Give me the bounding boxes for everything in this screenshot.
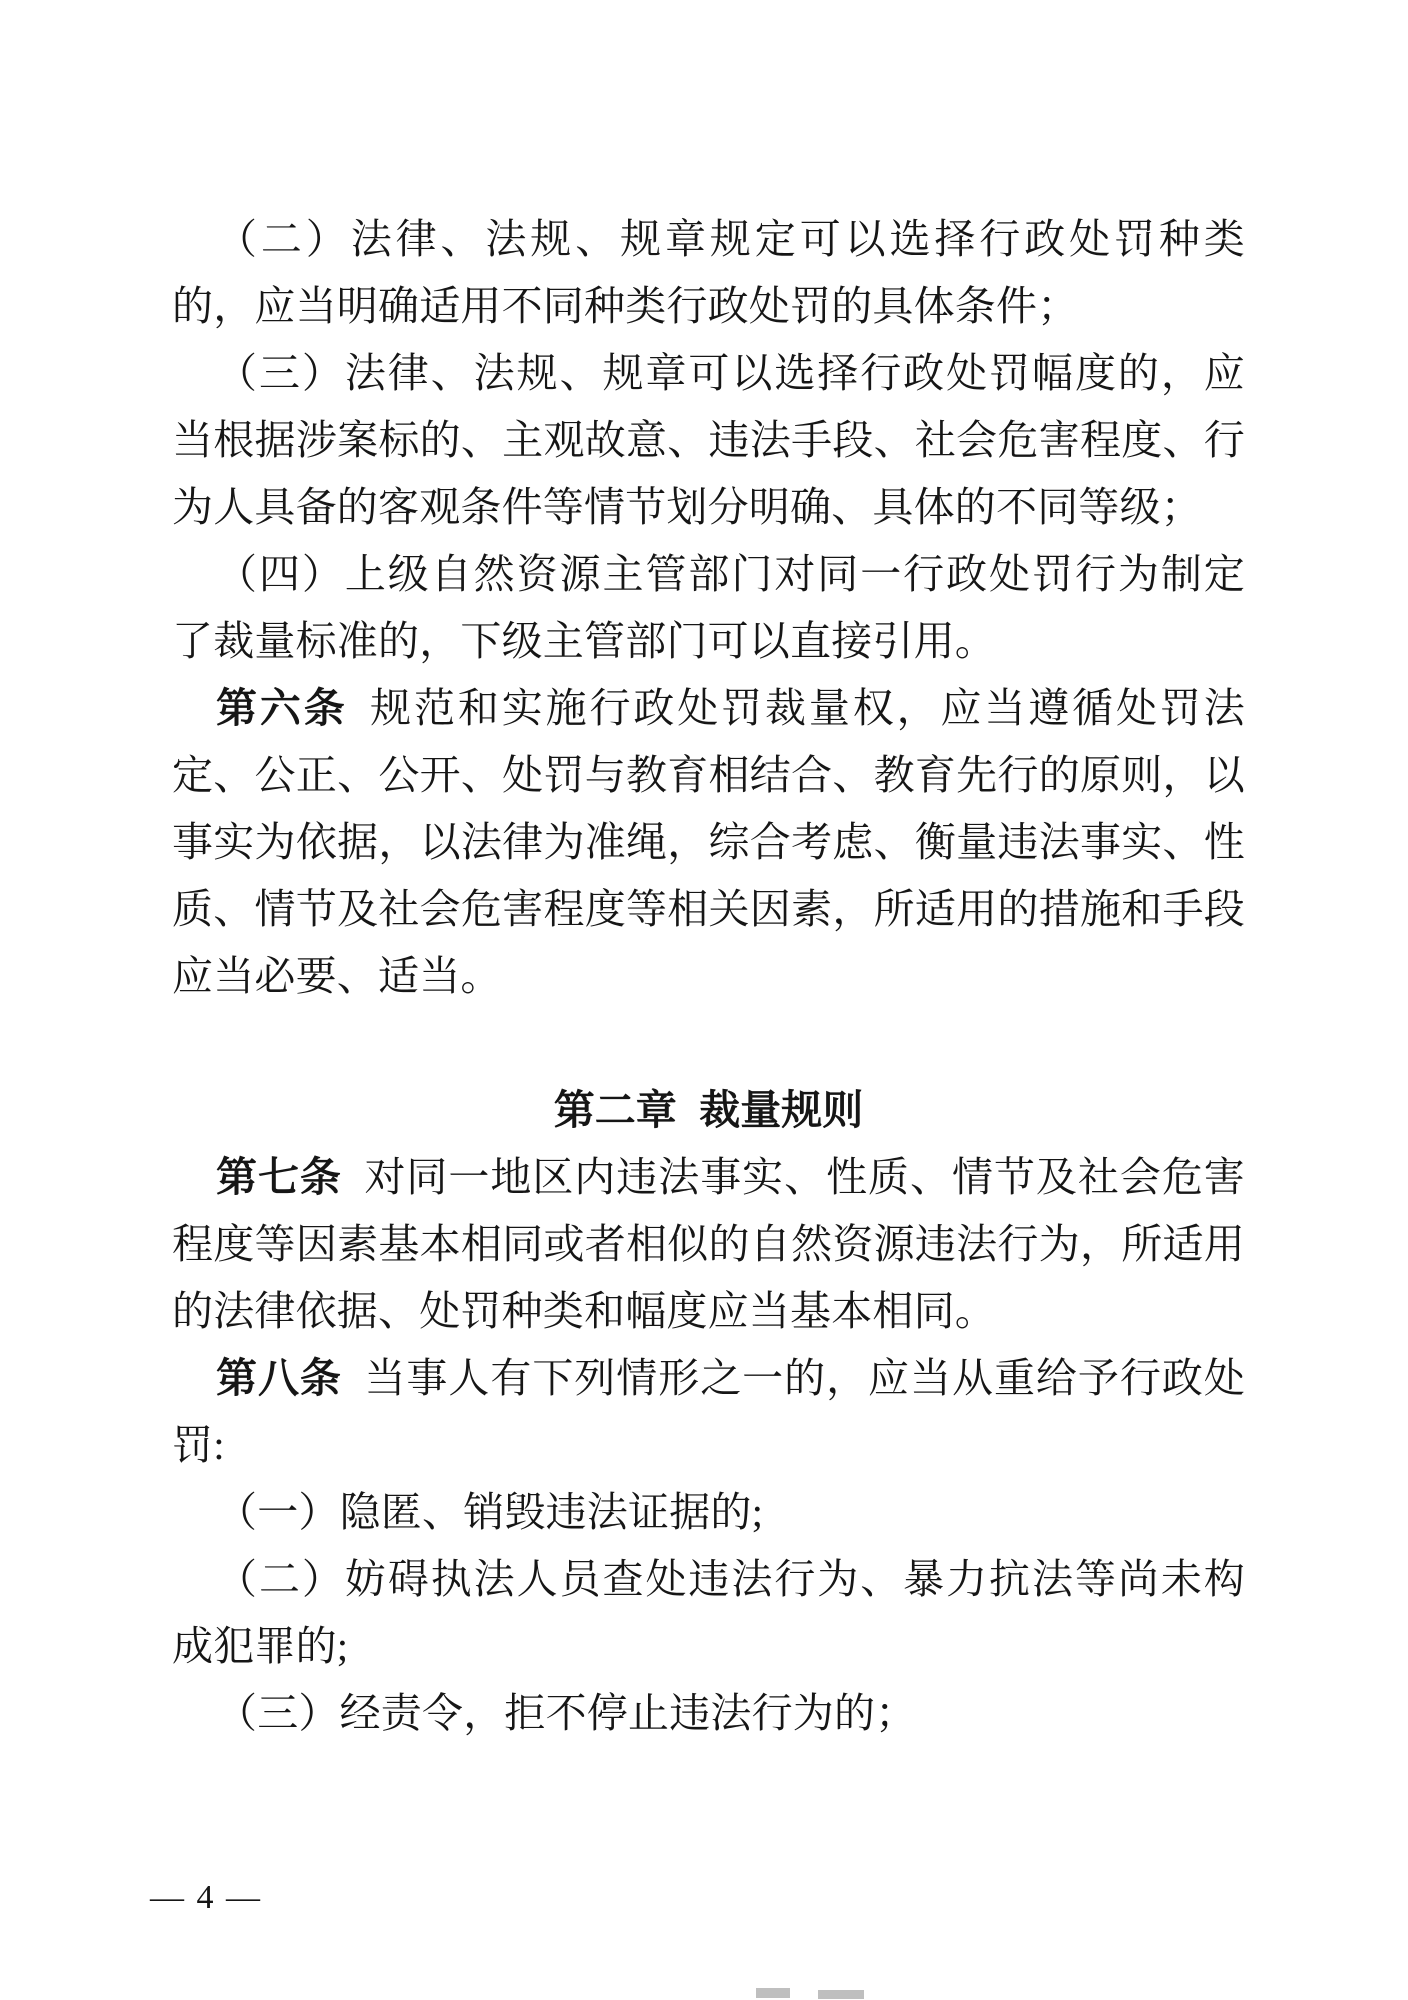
page-number: — 4 — xyxy=(150,1878,262,1918)
article-8-item-2: （二）妨碍执法人员查处违法行为、暴力抗法等尚未构成犯罪的; xyxy=(172,1546,1245,1680)
clause-item-4: （四）上级自然资源主管部门对同一行政处罚行为制定了裁量标准的，下级主管部门可以直… xyxy=(172,541,1245,675)
article-8-item-1: （一）隐匿、销毁违法证据的; xyxy=(172,1479,1245,1546)
chapter-2-title: 裁量规则 xyxy=(699,1087,863,1133)
article-7-label: 第七条 xyxy=(216,1154,342,1200)
chapter-2-heading: 第二章裁量规则 xyxy=(172,1077,1245,1144)
article-8-label: 第八条 xyxy=(216,1355,342,1401)
scan-artifact xyxy=(756,1988,790,1998)
article-6-text: 规范和实施行政处罚裁量权，应当遵循处罚法定、公正、公开、处罚与教育相结合、教育先… xyxy=(172,685,1245,999)
article-6-paragraph: 第六条规范和实施行政处罚裁量权，应当遵循处罚法定、公正、公开、处罚与教育相结合、… xyxy=(172,675,1245,1010)
document-body: （二）法律、法规、规章规定可以选择行政处罚种类的，应当明确适用不同种类行政处罚的… xyxy=(172,206,1245,1747)
article-8-item-3: （三）经责令，拒不停止违法行为的； xyxy=(172,1680,1245,1747)
scan-artifact xyxy=(818,1990,864,1999)
article-8-paragraph: 第八条当事人有下列情形之一的，应当从重给予行政处罚: xyxy=(172,1345,1245,1479)
chapter-2-number: 第二章 xyxy=(554,1087,677,1133)
clause-item-3: （三）法律、法规、规章可以选择行政处罚幅度的，应当根据涉案标的、主观故意、违法手… xyxy=(172,340,1245,541)
article-7-paragraph: 第七条对同一地区内违法事实、性质、情节及社会危害程度等因素基本相同或者相似的自然… xyxy=(172,1144,1245,1345)
article-6-label: 第六条 xyxy=(216,685,348,731)
clause-item-2: （二）法律、法规、规章规定可以选择行政处罚种类的，应当明确适用不同种类行政处罚的… xyxy=(172,206,1245,340)
document-page: （二）法律、法规、规章规定可以选择行政处罚种类的，应当明确适用不同种类行政处罚的… xyxy=(0,0,1408,2000)
